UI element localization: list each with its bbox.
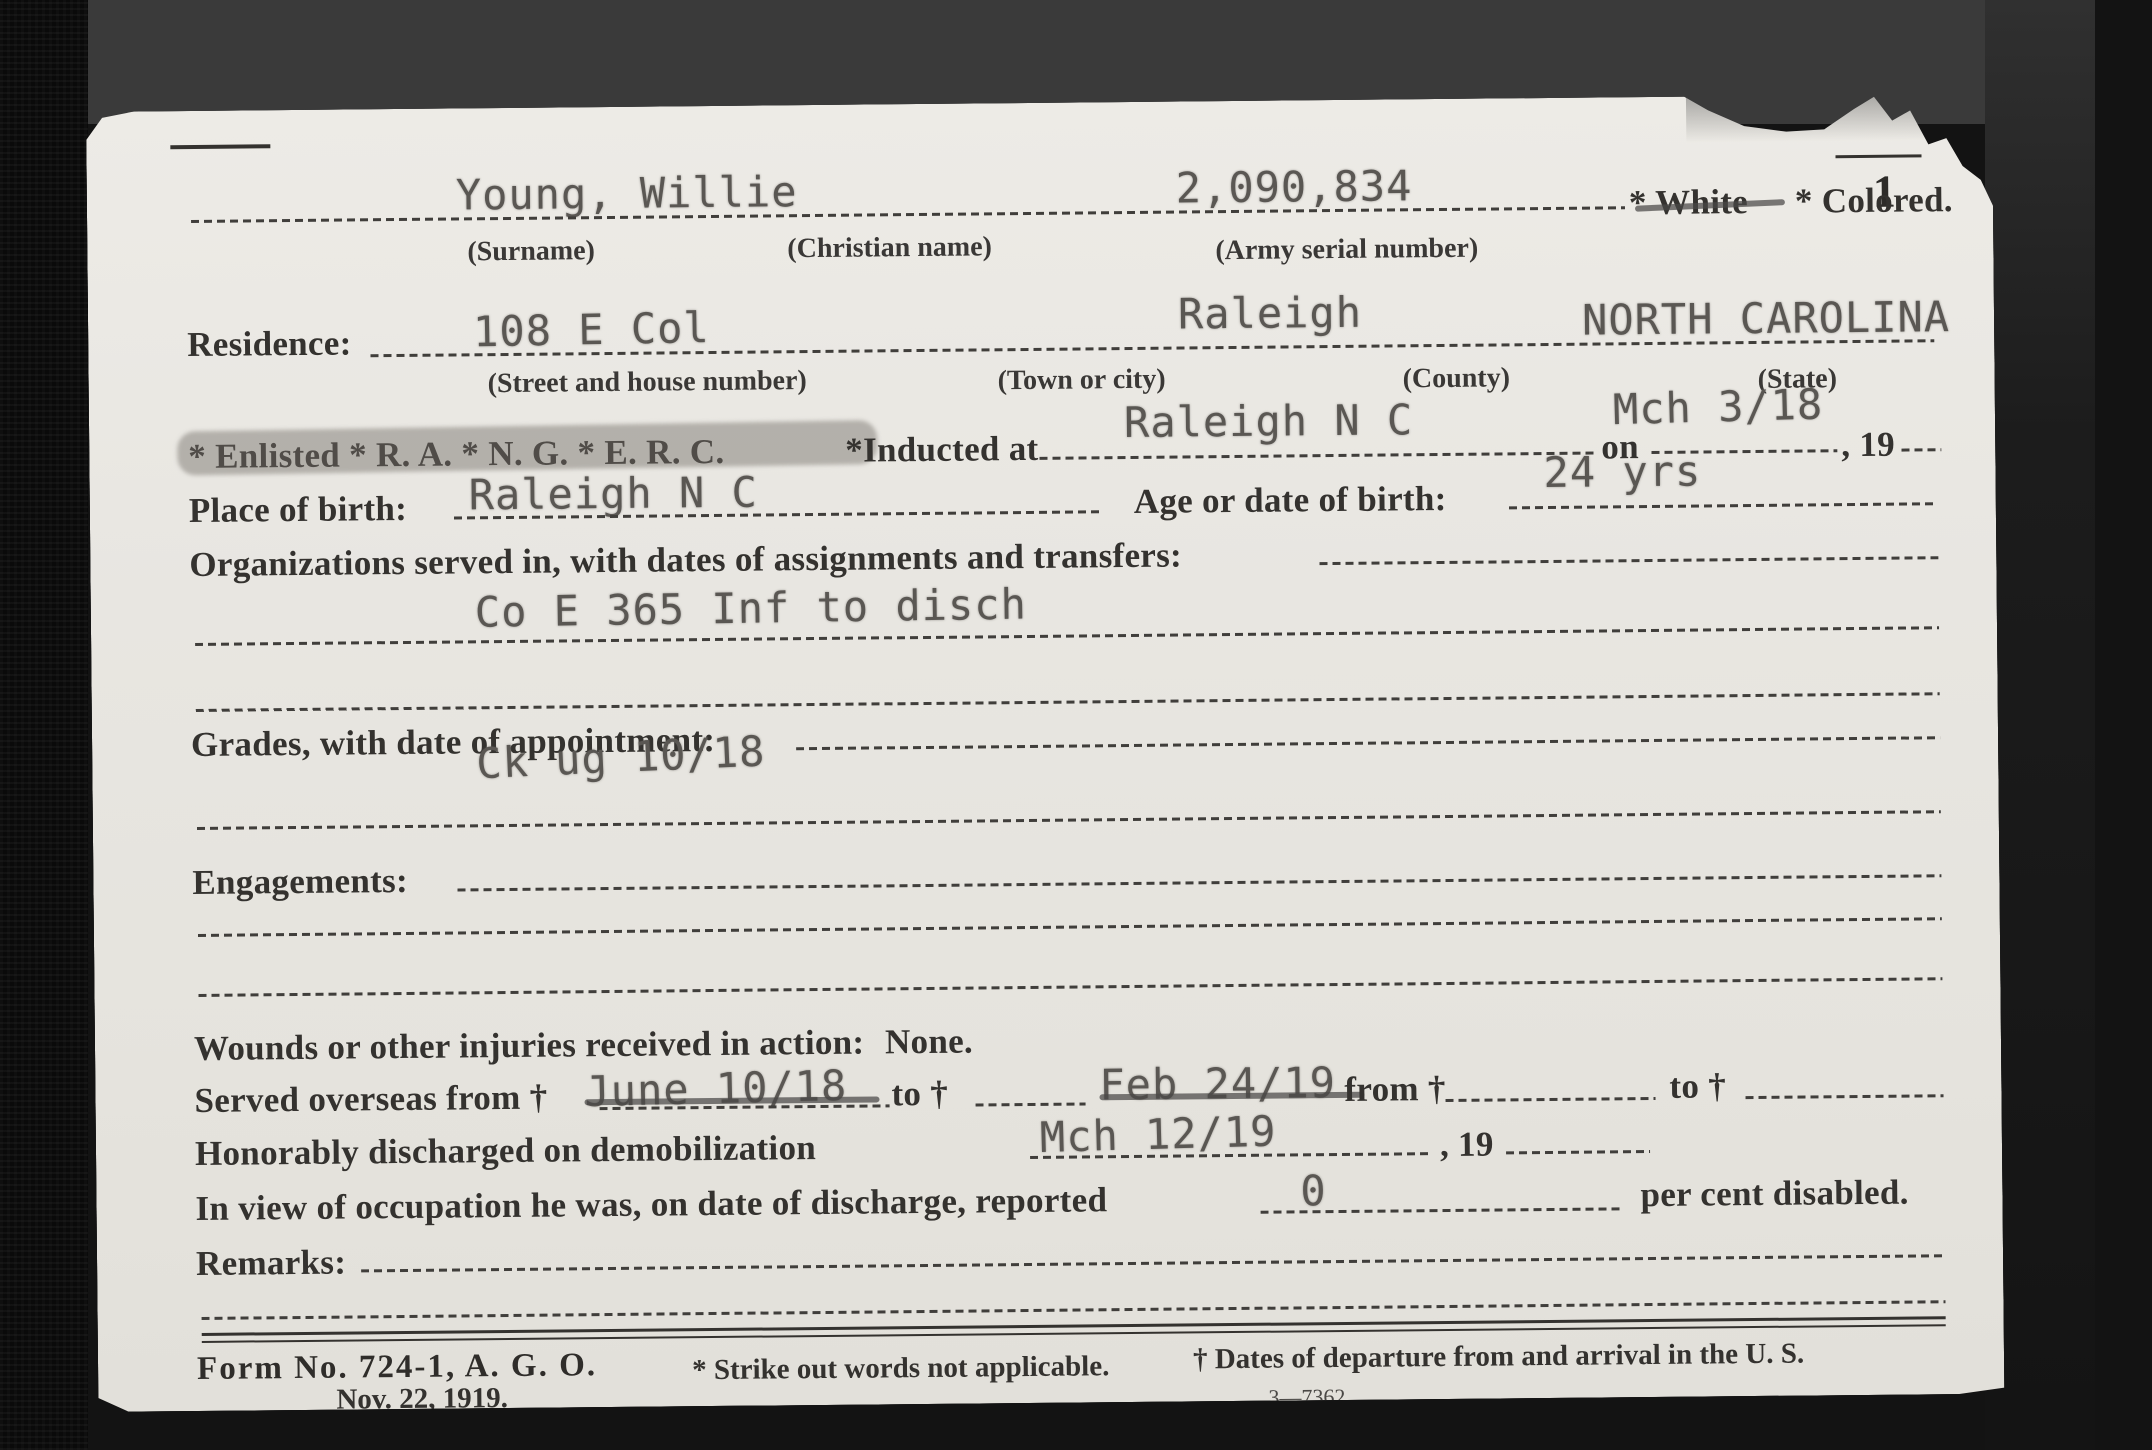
disability-label: In view of occupation he was, on date of… [195,1180,1107,1229]
place-of-birth-entry: Raleigh N C [468,468,758,520]
age-line [1509,502,1938,509]
engagements-line-2 [198,977,1942,997]
print-code: 3—7362 [1268,1384,1345,1411]
form-date: Nov. 22, 1919. [336,1382,508,1417]
scanner-left-edge [0,0,88,1450]
organizations-entry: Co E 365 Inf to disch [474,580,1027,637]
discharge-label: Honorably discharged on demobilization [195,1128,816,1174]
residence-label: Residence: [187,323,352,365]
organizations-line-1 [195,626,1939,646]
overseas-to2-line [1746,1094,1944,1099]
wounds-entry: None. [885,1022,973,1063]
discharge-year-line [1506,1150,1650,1154]
engagements-label: Engagements: [192,861,408,903]
overseas-label: Served overseas from † [194,1078,547,1121]
serial-number-entry: 2,090,834 [1176,161,1413,212]
state-entry: NORTH CAROLINA [1582,292,1950,345]
surname-caption: (Surname) [467,235,595,268]
service-record-card: 1 Young, Willie 2,090,834 * White * Colo… [86,94,2004,1412]
dagger-footnote: † Dates of departure from and arrival in… [1193,1338,1804,1377]
overseas-from2-line [1446,1097,1656,1102]
form-number: Form No. 724-1, A. G. O. [197,1347,597,1388]
street-caption: (Street and house number) [487,365,806,400]
serial-number-caption: (Army serial number) [1215,233,1478,268]
organizations-line-2 [196,692,1940,712]
place-of-birth-label: Place of birth: [189,489,408,531]
overseas-to1-entry: Feb 24/19 [1099,1058,1336,1109]
age-label: Age or date of birth: [1134,479,1447,522]
remarks-label: Remarks: [196,1243,347,1284]
remarks-line [361,1254,1946,1272]
age-entry: 24 yrs [1543,447,1701,498]
inducted-place-entry: Raleigh N C [1124,395,1414,447]
disability-suffix-label: per cent disabled. [1640,1173,1909,1216]
town-caption: (Town or city) [997,364,1165,398]
overseas-to1-line [976,1102,1086,1106]
organizations-label: Organizations served in, with dates of a… [189,536,1182,586]
disability-entry: 0 [1300,1166,1327,1215]
top-left-mark [170,144,270,149]
inducted-at-label: *Inducted at [845,429,1039,471]
induction-date-entry: Mch 3/18 [1612,380,1824,435]
christian-name-caption: (Christian name) [787,231,992,265]
name-line [191,206,1625,223]
bottom-dashed-rule [202,1300,1946,1320]
surname-entry: Young, Willie [456,167,798,219]
overseas-to2-label: to † [1669,1066,1726,1107]
strike-footnote: * Strike out words not applicable. [692,1350,1110,1387]
town-entry: Raleigh [1178,288,1362,339]
overseas-to1-label: to † [891,1074,948,1115]
race-colored-label: * Colored. [1795,180,1953,222]
year-19-label: , 19 [1841,425,1895,466]
grades-label-line [796,736,1940,750]
enlistment-strike-smudge [177,420,878,476]
grades-line-1 [197,810,1941,830]
engagements-line-1 [198,917,1942,937]
inducted-place-line [1039,452,1595,460]
street-entry: 108 E Col [473,303,710,356]
year-line [1901,448,1941,451]
discharge-year-label: , 19 [1440,1125,1494,1166]
page-number-rule [1835,154,1921,158]
overseas-from2-label: from † [1344,1069,1446,1110]
county-caption: (County) [1402,362,1510,395]
organizations-label-line [1319,556,1938,565]
engagements-label-line [457,874,1941,891]
